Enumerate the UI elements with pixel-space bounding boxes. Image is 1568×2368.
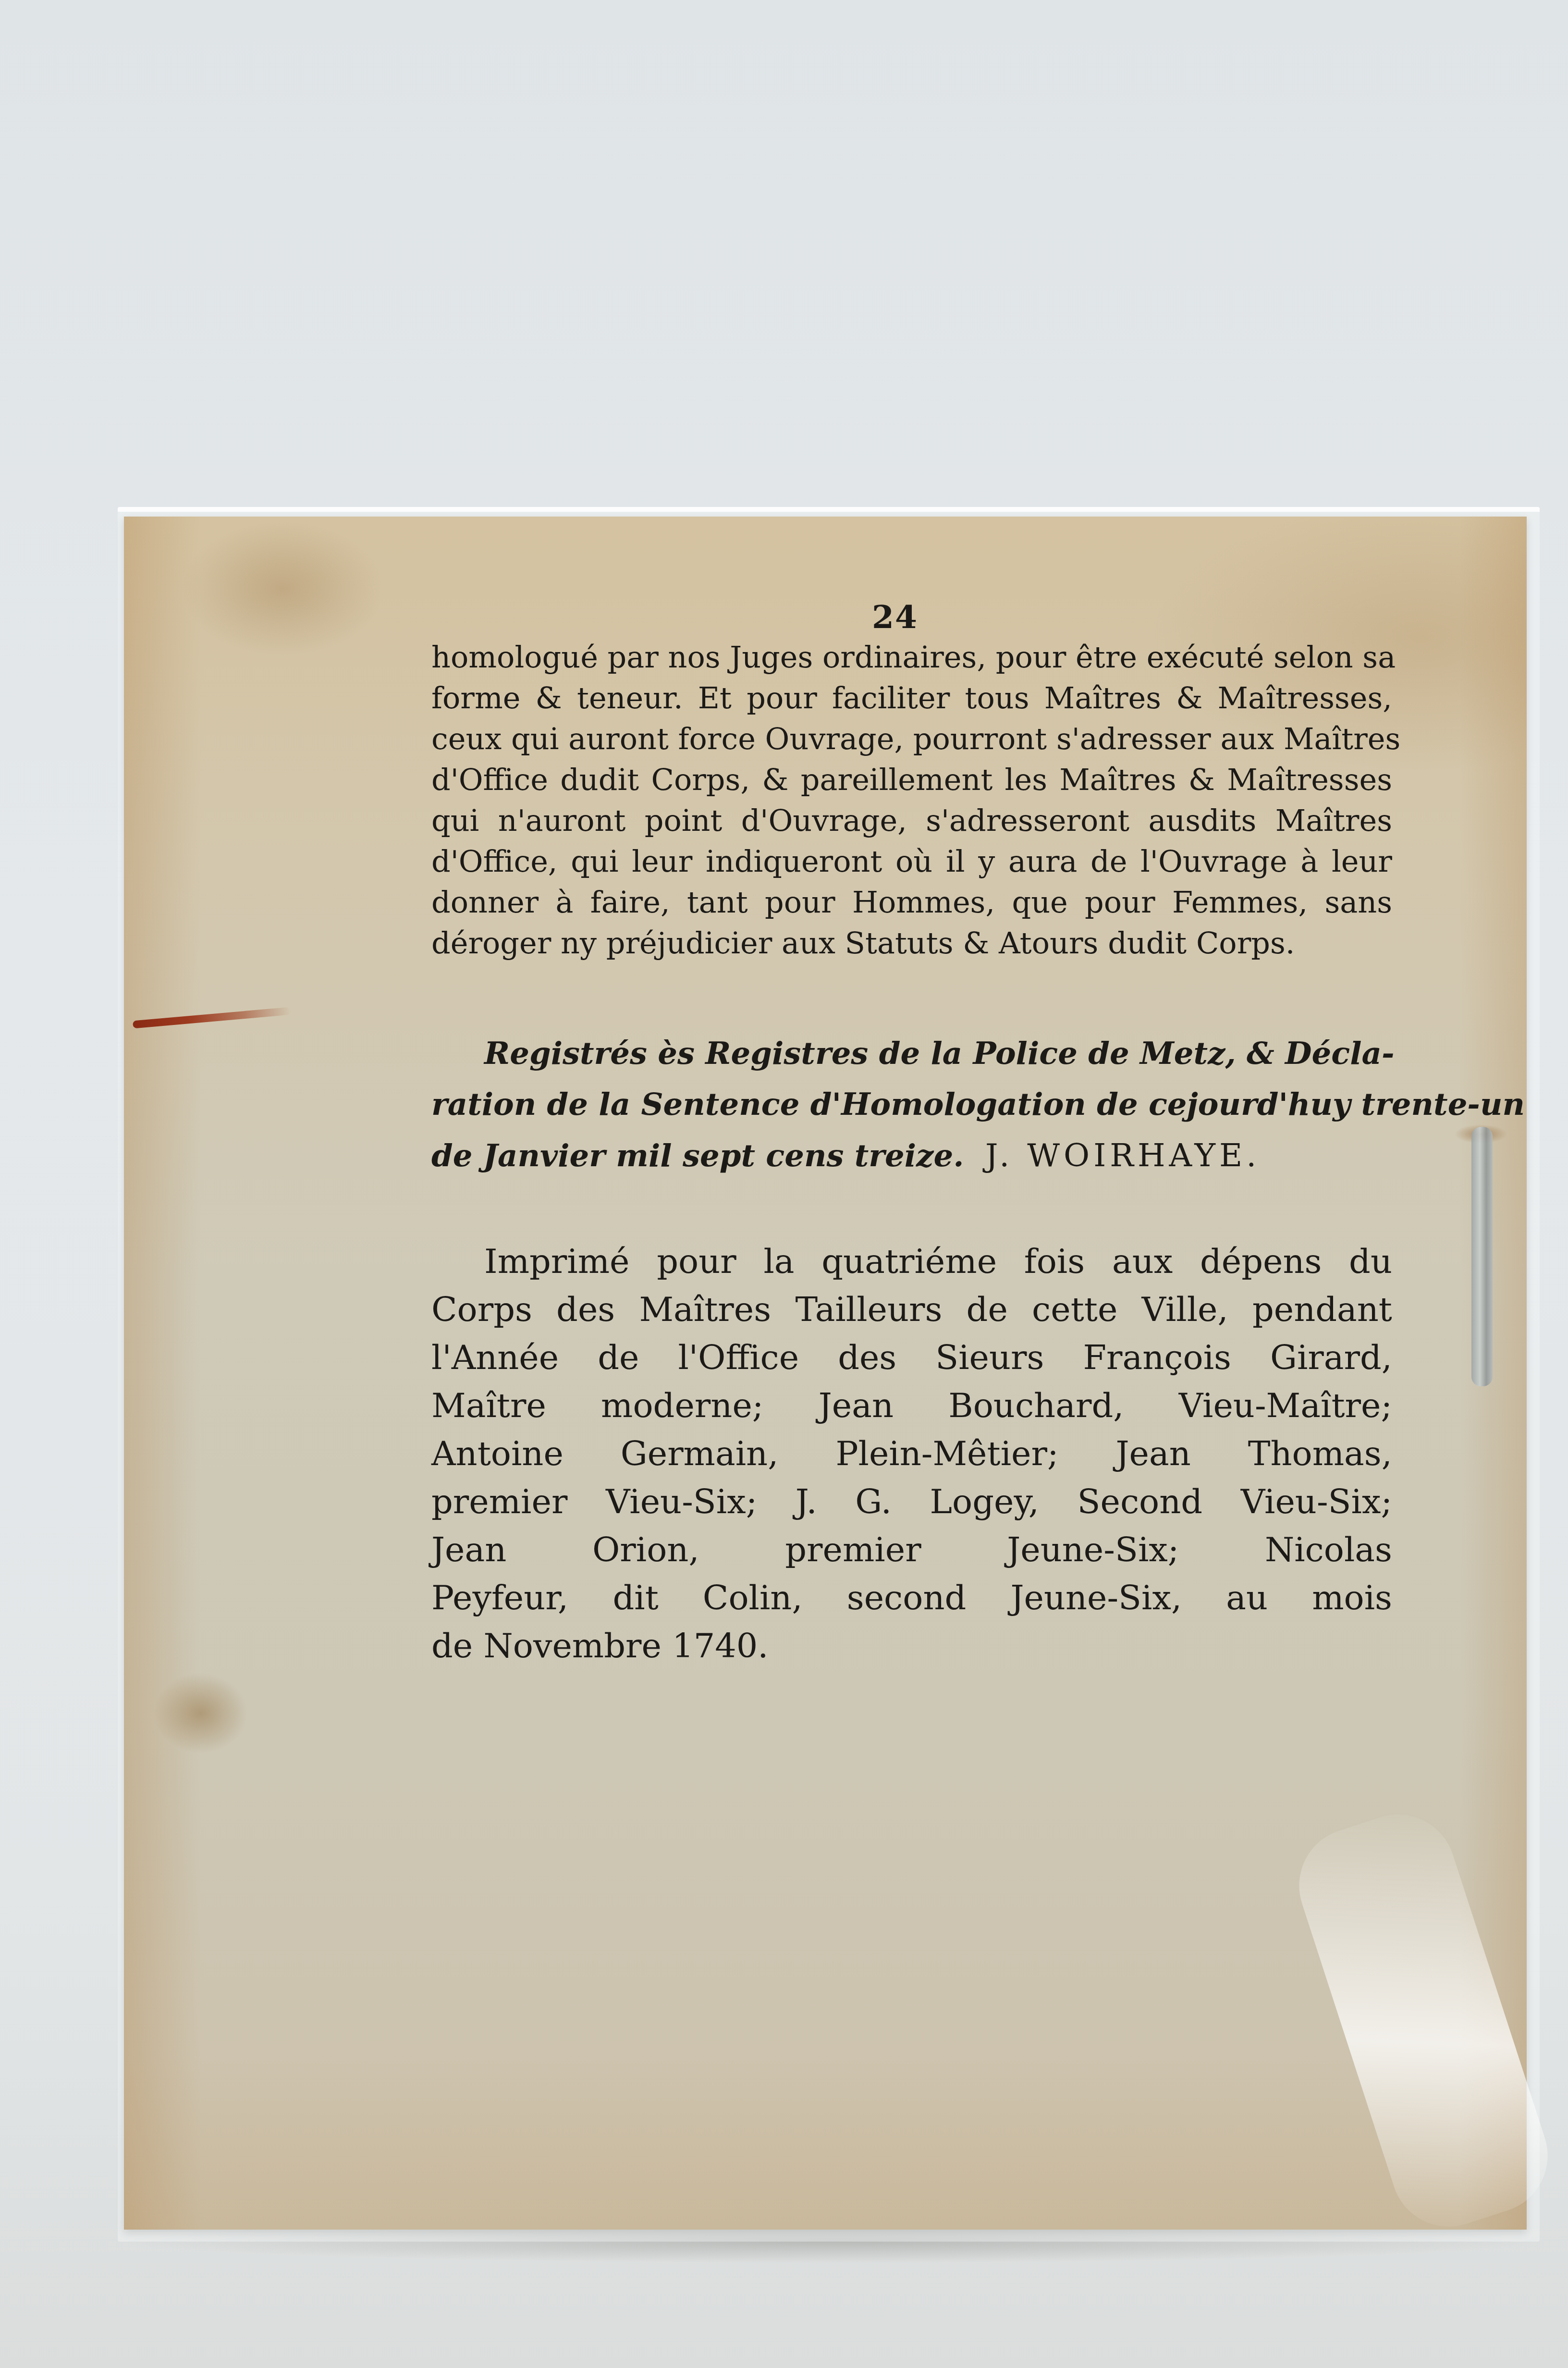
imprint-line: premier Vieu-Six; J. G. Logey, Second Vi… — [431, 1478, 1392, 1526]
registration-paragraph: Registrés ès Registres de la Police de M… — [431, 1028, 1392, 1182]
registration-line: Registrés ès Registres de la Police de M… — [431, 1028, 1392, 1079]
body-line: homologué par nos Juges ordinaires, pour… — [431, 637, 1392, 678]
imprint-line: Jean Orion, premier Jeune-Six; Nicolas — [431, 1526, 1392, 1574]
document-page: 24 homologué par nos Juges ordinaires, p… — [124, 517, 1527, 2230]
imprint-line: Antoine Germain, Plein-Mêtier; Jean Thom… — [431, 1430, 1392, 1478]
imprint-line: Maître moderne; Jean Bouchard, Vieu-Maît… — [431, 1381, 1392, 1430]
body-line: d'Office, qui leur indiqueront où il y a… — [431, 841, 1392, 882]
imprint-paragraph: Imprimé pour la quatriéme fois aux dépen… — [431, 1237, 1392, 1670]
rust-stain — [133, 1007, 291, 1029]
imprint-line: Corps des Maîtres Tailleurs de cette Vil… — [431, 1285, 1392, 1333]
staple-icon — [1471, 1127, 1493, 1386]
registration-date: de Janvier mil sept cens treize. — [431, 1138, 964, 1174]
body-line: d'Office dudit Corps, & pareillement les… — [431, 759, 1392, 800]
signature: J. WOIRHAYE. — [985, 1137, 1260, 1174]
body-line: forme & teneur. Et pour faciliter tous M… — [431, 678, 1392, 718]
registration-line-final: de Janvier mil sept cens treize. J. WOIR… — [431, 1130, 1392, 1182]
imprint-line: Peyfeur, dit Colin, second Jeune-Six, au… — [431, 1574, 1392, 1622]
registration-line: ration de la Sentence d'Homologation de … — [431, 1079, 1392, 1130]
imprint-line: de Novembre 1740. — [431, 1622, 1392, 1670]
body-paragraph: homologué par nos Juges ordinaires, pour… — [431, 637, 1392, 963]
body-line: déroger ny préjudicier aux Statuts & Ato… — [431, 923, 1392, 963]
imprint-line: l'Année de l'Office des Sieurs François … — [431, 1333, 1392, 1381]
body-line: qui n'auront point d'Ouvrage, s'adresser… — [431, 800, 1392, 841]
imprint-line: Imprimé pour la quatriéme fois aux dépen… — [431, 1237, 1392, 1285]
body-line: ceux qui auront force Ouvrage, pourront … — [431, 718, 1392, 759]
page-number: 24 — [124, 598, 1527, 636]
body-line: donner à faire, tant pour Hommes, que po… — [431, 882, 1392, 923]
sleeve-glare — [1284, 1800, 1563, 2242]
